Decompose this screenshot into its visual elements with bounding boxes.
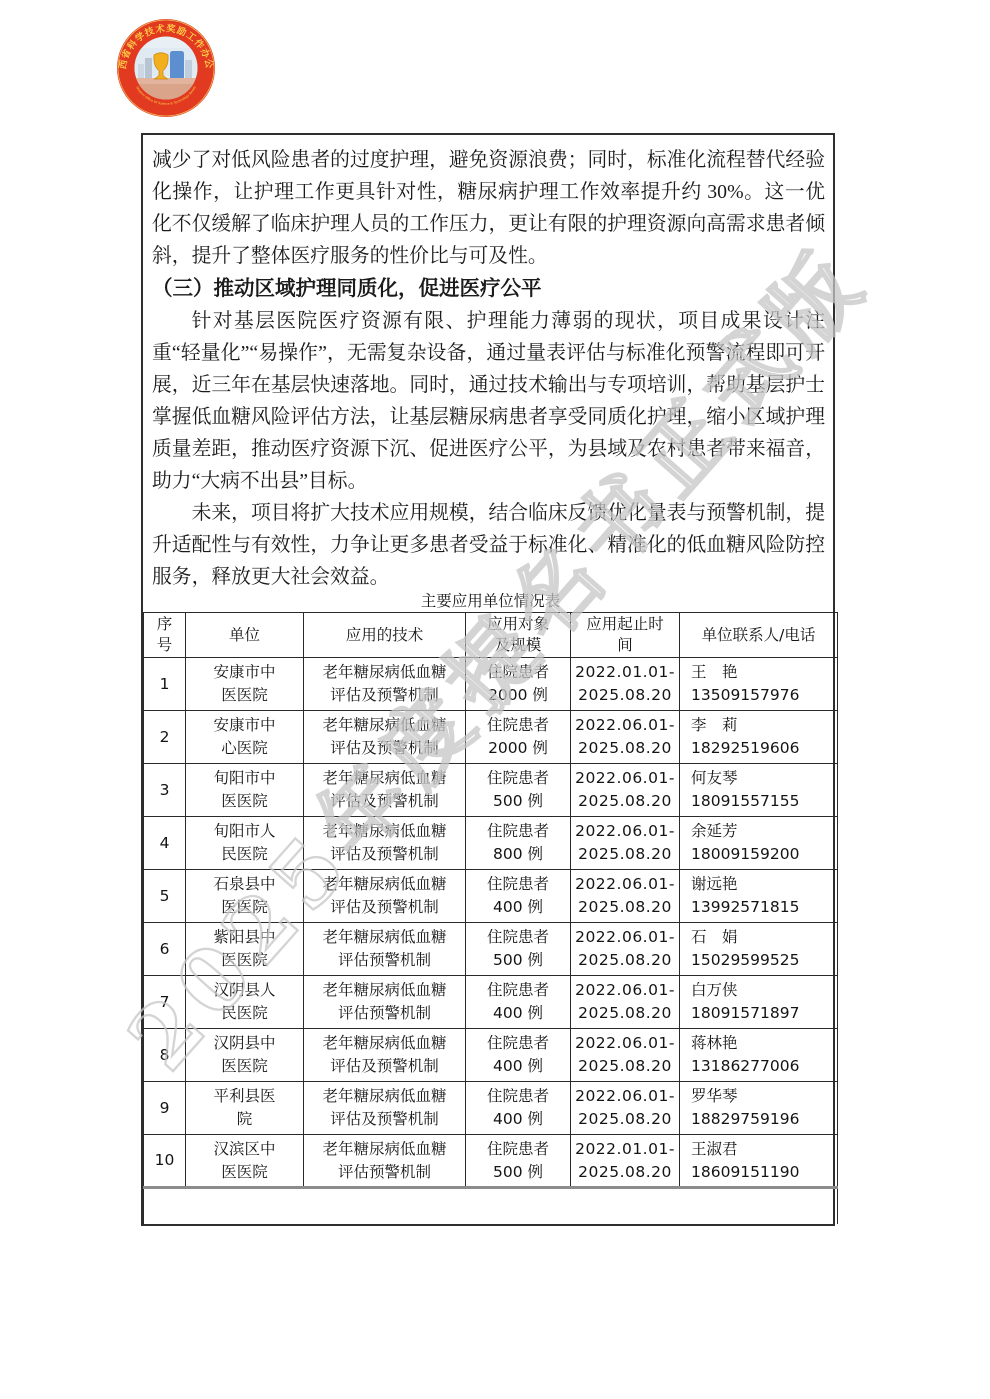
table-cell: 老年糖尿病低血糖 评估预警机制 xyxy=(304,1135,466,1188)
column-header: 单位联系人/电话 xyxy=(680,613,838,658)
table-cell: 王 艳 13509157976 xyxy=(680,658,838,711)
table-cell: 3 xyxy=(144,764,186,817)
table-cell: 住院患者 2000 例 xyxy=(466,711,571,764)
table-cell: 安康市中 医医院 xyxy=(186,658,304,711)
table-cell: 旬阳市中 医医院 xyxy=(186,764,304,817)
table-cell: 住院患者 500 例 xyxy=(466,764,571,817)
paragraph-regional-equity: 针对基层医院医疗资源有限、护理能力薄弱的现状，项目成果设计注重“轻量化”“易操作… xyxy=(152,305,825,497)
table-cell: 石 娟 15029599525 xyxy=(680,923,838,976)
table-cell: 老年糖尿病低血糖 评估及预警机制 xyxy=(304,817,466,870)
table-cell: 王淑君 18609151190 xyxy=(680,1135,838,1188)
table-cell: 8 xyxy=(144,1029,186,1082)
table-cell: 旬阳市人 民医院 xyxy=(186,817,304,870)
table-row: 2安康市中 心医院老年糖尿病低血糖 评估及预警机制住院患者 2000 例2022… xyxy=(144,711,838,764)
table-row: 7汉阴县人 民医院老年糖尿病低血糖 评估预警机制住院患者 400 例2022.0… xyxy=(144,976,838,1029)
table-row: 6紫阳县中 医医院老年糖尿病低血糖 评估预警机制住院患者 500 例2022.0… xyxy=(144,923,838,976)
table-cell: 紫阳县中 医医院 xyxy=(186,923,304,976)
table-cell: 2022.06.01- 2025.08.20 xyxy=(571,764,680,817)
table-cell: 老年糖尿病低血糖 评估及预警机制 xyxy=(304,764,466,817)
table-cell: 2022.01.01- 2025.08.20 xyxy=(571,658,680,711)
table-cell: 4 xyxy=(144,817,186,870)
table-cell: 住院患者 500 例 xyxy=(466,923,571,976)
column-header: 单位 xyxy=(186,613,304,658)
table-cell: 住院患者 500 例 xyxy=(466,1135,571,1188)
table-cell: 6 xyxy=(144,923,186,976)
seal-graphic: 陕西省科学技术奖励工作办公室 Shaanxi Office Of Science… xyxy=(116,18,216,118)
column-header: 序 号 xyxy=(144,613,186,658)
table-cell: 安康市中 心医院 xyxy=(186,711,304,764)
table-cell: 李 莉 18292519606 xyxy=(680,711,838,764)
table-cell: 2022.06.01- 2025.08.20 xyxy=(571,1029,680,1082)
table-cell: 汉阴县人 民医院 xyxy=(186,976,304,1029)
table-cell: 老年糖尿病低血糖 评估及预警机制 xyxy=(304,711,466,764)
table-cell: 住院患者 400 例 xyxy=(466,1029,571,1082)
table-cell: 5 xyxy=(144,870,186,923)
table-cell: 2022.06.01- 2025.08.20 xyxy=(571,1082,680,1135)
table-cell: 石泉县中 医医院 xyxy=(186,870,304,923)
table-cell: 2 xyxy=(144,711,186,764)
section-heading: （三）推动区域护理同质化，促进医疗公平 xyxy=(152,272,825,305)
column-header: 应用起止时 间 xyxy=(571,613,680,658)
table-empty-row xyxy=(144,1188,838,1224)
table-header-row: 序 号单位应用的技术应用对象 及规模应用起止时 间单位联系人/电话 xyxy=(144,613,838,658)
application-units-table: 主要应用单位情况表 序 号单位应用的技术应用对象 及规模应用起止时 间单位联系人… xyxy=(143,591,838,1224)
table-cell: 2022.06.01- 2025.08.20 xyxy=(571,923,680,976)
table-cell: 住院患者 400 例 xyxy=(466,870,571,923)
table-cell: 蒋林艳 13186277006 xyxy=(680,1029,838,1082)
table-cell: 住院患者 400 例 xyxy=(466,1082,571,1135)
table-row: 4旬阳市人 民医院老年糖尿病低血糖 评估及预警机制住院患者 800 例2022.… xyxy=(144,817,838,870)
table-cell: 10 xyxy=(144,1135,186,1188)
table-cell: 住院患者 2000 例 xyxy=(466,658,571,711)
table-cell: 1 xyxy=(144,658,186,711)
table-cell: 2022.01.01- 2025.08.20 xyxy=(571,1135,680,1188)
empty-cell xyxy=(144,1188,838,1224)
table-cell: 汉滨区中 医医院 xyxy=(186,1135,304,1188)
column-header: 应用的技术 xyxy=(304,613,466,658)
table-cell: 白万侠 18091571897 xyxy=(680,976,838,1029)
table-cell: 老年糖尿病低血糖 评估及预警机制 xyxy=(304,658,466,711)
table-row: 3旬阳市中 医医院老年糖尿病低血糖 评估及预警机制住院患者 500 例2022.… xyxy=(144,764,838,817)
table-cell: 住院患者 800 例 xyxy=(466,817,571,870)
paragraph-care-optimization: 减少了对低风险患者的过度护理，避免资源浪费；同时，标准化流程替代经验化操作，让护… xyxy=(152,144,825,272)
text-section: 减少了对低风险患者的过度护理，避免资源浪费；同时，标准化流程替代经验化操作，让护… xyxy=(143,135,833,591)
award-office-seal: 陕西省科学技术奖励工作办公室 Shaanxi Office Of Science… xyxy=(116,18,216,118)
table-cell: 老年糖尿病低血糖 评估及预警机制 xyxy=(304,1029,466,1082)
table-cell: 2022.06.01- 2025.08.20 xyxy=(571,870,680,923)
table-cell: 老年糖尿病低血糖 评估及预警机制 xyxy=(304,1082,466,1135)
table-cell: 老年糖尿病低血糖 评估及预警机制 xyxy=(304,870,466,923)
paragraph-future-plan: 未来，项目将扩大技术应用规模，结合临床反馈优化量表与预警机制，提升适配性与有效性… xyxy=(152,497,825,591)
table-cell: 7 xyxy=(144,976,186,1029)
table-cell: 罗华琴 18829759196 xyxy=(680,1082,838,1135)
table-row: 1安康市中 医医院老年糖尿病低血糖 评估及预警机制住院患者 2000 例2022… xyxy=(144,658,838,711)
table-row: 8汉阴县中 医医院老年糖尿病低血糖 评估及预警机制住院患者 400 例2022.… xyxy=(144,1029,838,1082)
table-cell: 老年糖尿病低血糖 评估预警机制 xyxy=(304,976,466,1029)
column-header: 应用对象 及规模 xyxy=(466,613,571,658)
table-cell: 2022.06.01- 2025.08.20 xyxy=(571,976,680,1029)
table-cell: 平利县医 院 xyxy=(186,1082,304,1135)
document-page: 陕西省科学技术奖励工作办公室 Shaanxi Office Of Science… xyxy=(0,0,990,1399)
table-cell: 汉阴县中 医医院 xyxy=(186,1029,304,1082)
table-cell: 9 xyxy=(144,1082,186,1135)
content-box: 减少了对低风险患者的过度护理，避免资源浪费；同时，标准化流程替代经验化操作，让护… xyxy=(141,133,835,1226)
table-cell: 余延芳 18009159200 xyxy=(680,817,838,870)
table-title: 主要应用单位情况表 xyxy=(144,591,838,613)
table-cell: 2022.06.01- 2025.08.20 xyxy=(571,711,680,764)
table-cell: 2022.06.01- 2025.08.20 xyxy=(571,817,680,870)
table-row: 10汉滨区中 医医院老年糖尿病低血糖 评估预警机制住院患者 500 例2022.… xyxy=(144,1135,838,1188)
table-row: 9平利县医 院老年糖尿病低血糖 评估及预警机制住院患者 400 例2022.06… xyxy=(144,1082,838,1135)
table-cell: 住院患者 400 例 xyxy=(466,976,571,1029)
table-cell: 何友琴 18091557155 xyxy=(680,764,838,817)
table-cell: 谢远艳 13992571815 xyxy=(680,870,838,923)
table-cell: 老年糖尿病低血糖 评估预警机制 xyxy=(304,923,466,976)
table-row: 5石泉县中 医医院老年糖尿病低血糖 评估及预警机制住院患者 400 例2022.… xyxy=(144,870,838,923)
table-title-row: 主要应用单位情况表 xyxy=(144,591,838,613)
